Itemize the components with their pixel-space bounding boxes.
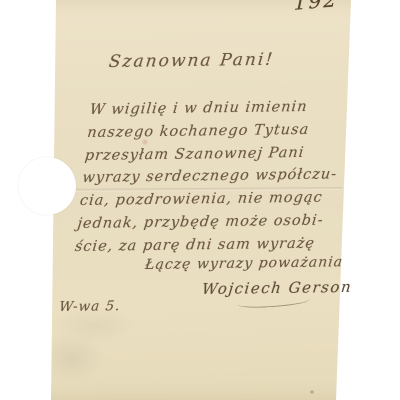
body-line: jednak, przybędę może osobi- bbox=[76, 209, 333, 235]
body-line: naszego kochanego Tytusa bbox=[86, 118, 343, 144]
salutation: Szanowna Pani! bbox=[108, 50, 275, 72]
closing-phrase: Łączę wyrazy poważania bbox=[144, 254, 344, 273]
punched-notch bbox=[18, 157, 76, 215]
place-date-note: W-wa 5. bbox=[58, 298, 121, 315]
letter-photo: 192 Szanowna Pani! W wigilię i w dniu im… bbox=[0, 0, 400, 400]
signature: Wojciech Gerson bbox=[201, 278, 353, 298]
letter-body: W wigilię i w dniu imienin naszego kocha… bbox=[74, 95, 346, 258]
